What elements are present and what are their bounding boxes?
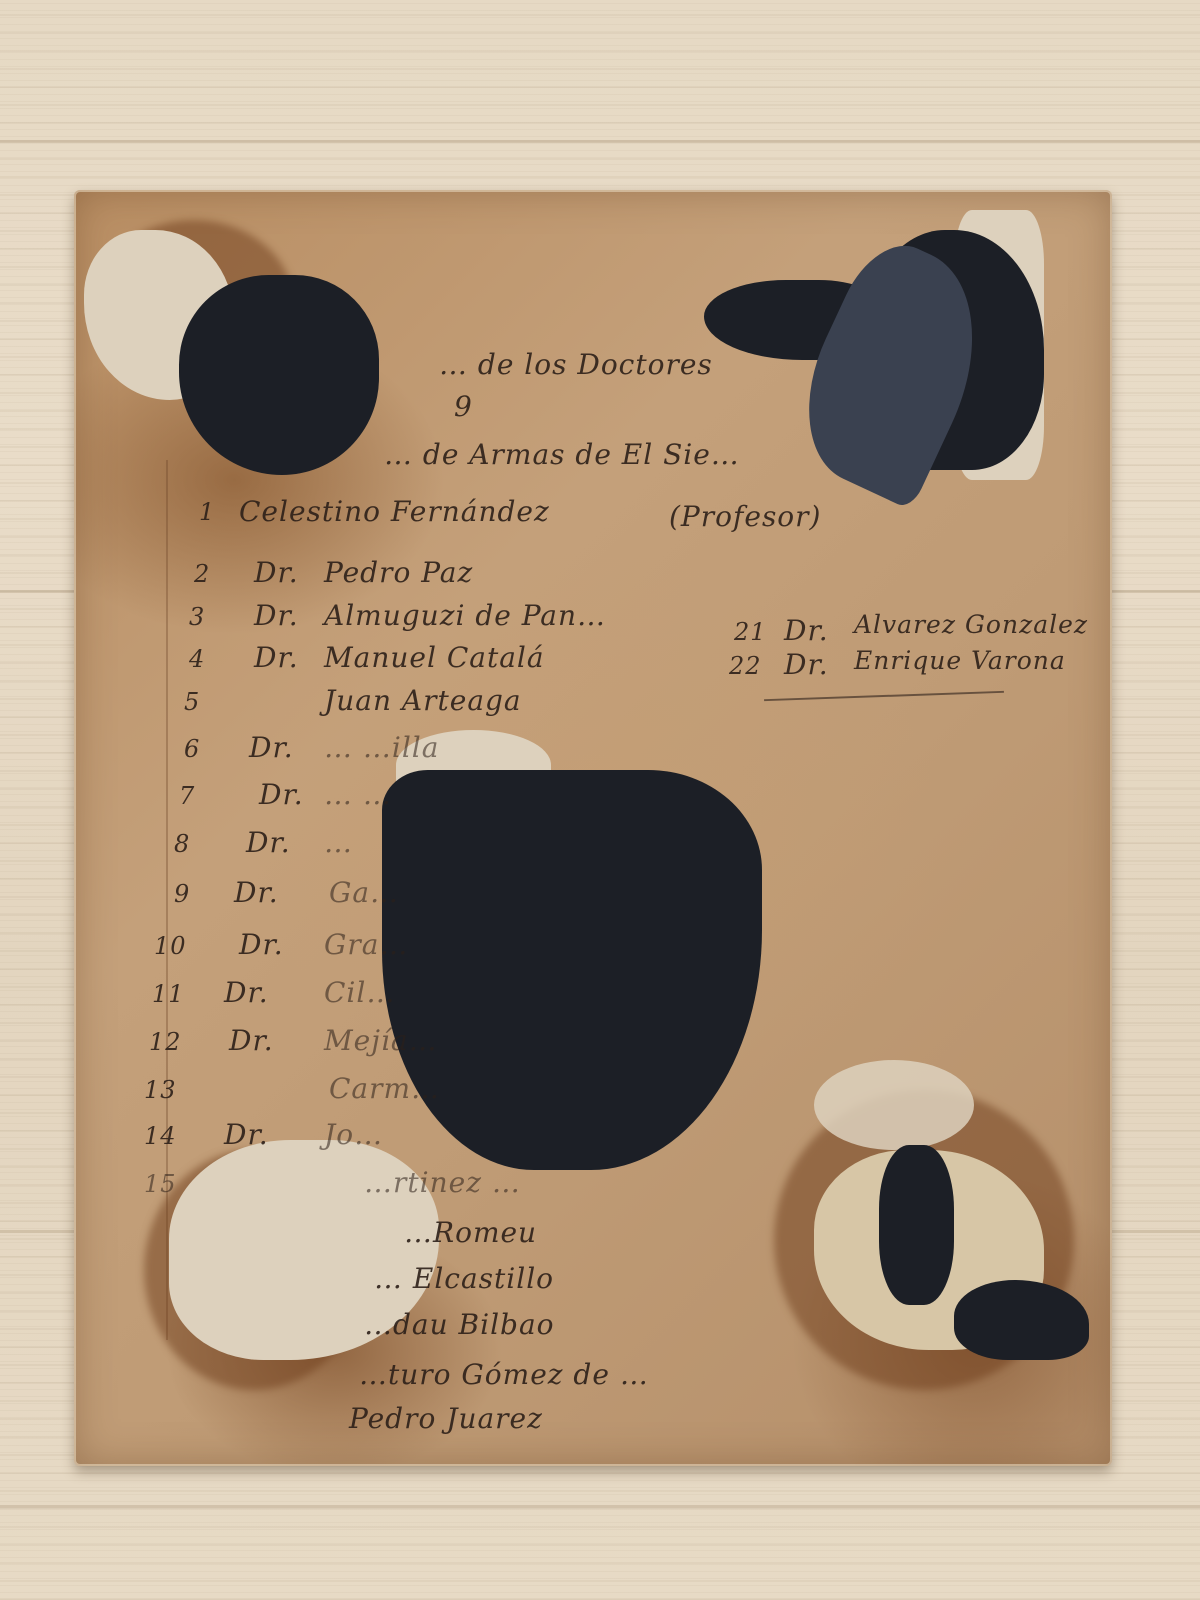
entry-title: Dr.	[784, 648, 829, 681]
black-paper-remnant	[879, 1145, 954, 1305]
entry-title: Dr.	[246, 826, 291, 859]
entry-name: …turo Gómez de …	[359, 1358, 649, 1391]
entry-number: 9	[174, 880, 190, 908]
entry-title: Dr.	[249, 731, 294, 764]
entry-number: 3	[189, 603, 205, 631]
entry-title: Dr.	[254, 599, 299, 632]
entry-name: Cil…	[324, 976, 395, 1009]
entry-number: 11	[152, 980, 185, 1008]
entry-name: Jo…	[324, 1118, 383, 1151]
peeled-patch	[814, 1060, 974, 1150]
entry-name: Carm…	[329, 1072, 440, 1105]
heading-line-3: … de Armas de El Sie…	[384, 438, 740, 471]
entry-number: 21	[734, 618, 767, 646]
entry-number: 1	[199, 498, 215, 526]
entry-title: Dr.	[224, 1118, 269, 1151]
entry-number: 14	[144, 1122, 177, 1150]
entry-title: Dr.	[259, 778, 304, 811]
entry-name: Alvarez Gonzalez	[854, 610, 1088, 639]
entry-name: …Romeu	[404, 1216, 537, 1249]
professor-name: Celestino Fernández	[239, 495, 550, 528]
entry-title: Dr.	[254, 641, 299, 674]
entry-name: …	[324, 826, 353, 859]
entry-number: 2	[194, 560, 210, 588]
entry-number: 8	[174, 830, 190, 858]
entry-name: Enrique Varona	[854, 646, 1066, 675]
entry-number: 13	[144, 1076, 177, 1104]
wood-seam	[0, 140, 1200, 143]
entry-name: … …illa	[324, 731, 439, 764]
professor-role: (Profesor)	[669, 500, 821, 533]
black-paper-remnant	[179, 275, 379, 475]
heading-line-1: … de los Doctores	[439, 348, 713, 381]
heading-line-2: 9	[454, 390, 473, 423]
entry-title: Dr.	[224, 976, 269, 1009]
entry-title: Dr.	[234, 876, 279, 909]
entry-number: 5	[184, 688, 200, 716]
entry-title: Dr.	[239, 928, 284, 961]
entry-name: … Elcastillo	[374, 1262, 554, 1295]
entry-title: Dr.	[254, 556, 299, 589]
entry-name: Pedro Paz	[324, 556, 473, 589]
entry-name: Mejía…	[324, 1024, 438, 1057]
wood-seam	[0, 1505, 1200, 1508]
entry-name: Manuel Catalá	[324, 641, 545, 674]
entry-name: Ga…	[329, 876, 399, 909]
entry-name: Juan Arteaga	[324, 684, 522, 717]
entry-number: 6	[184, 735, 200, 763]
entry-name: …dau Bilbao	[364, 1308, 555, 1341]
entry-name: Gra…	[324, 928, 408, 961]
entry-number: 4	[189, 645, 205, 673]
entry-number: 15	[144, 1170, 177, 1198]
entry-name: … …	[324, 778, 392, 811]
aged-card: … de los Doctores 9 … de Armas de El Sie…	[74, 190, 1112, 1466]
entry-number: 7	[179, 782, 195, 810]
entry-number: 10	[154, 932, 187, 960]
entry-number: 22	[729, 652, 762, 680]
entry-title: Dr.	[784, 614, 829, 647]
entry-name: Almuguzi de Pan…	[324, 599, 606, 632]
entry-title: Dr.	[229, 1024, 274, 1057]
entry-number: 12	[149, 1028, 182, 1056]
entry-name: …rtinez …	[364, 1166, 521, 1199]
entry-name: Pedro Juarez	[349, 1402, 543, 1435]
